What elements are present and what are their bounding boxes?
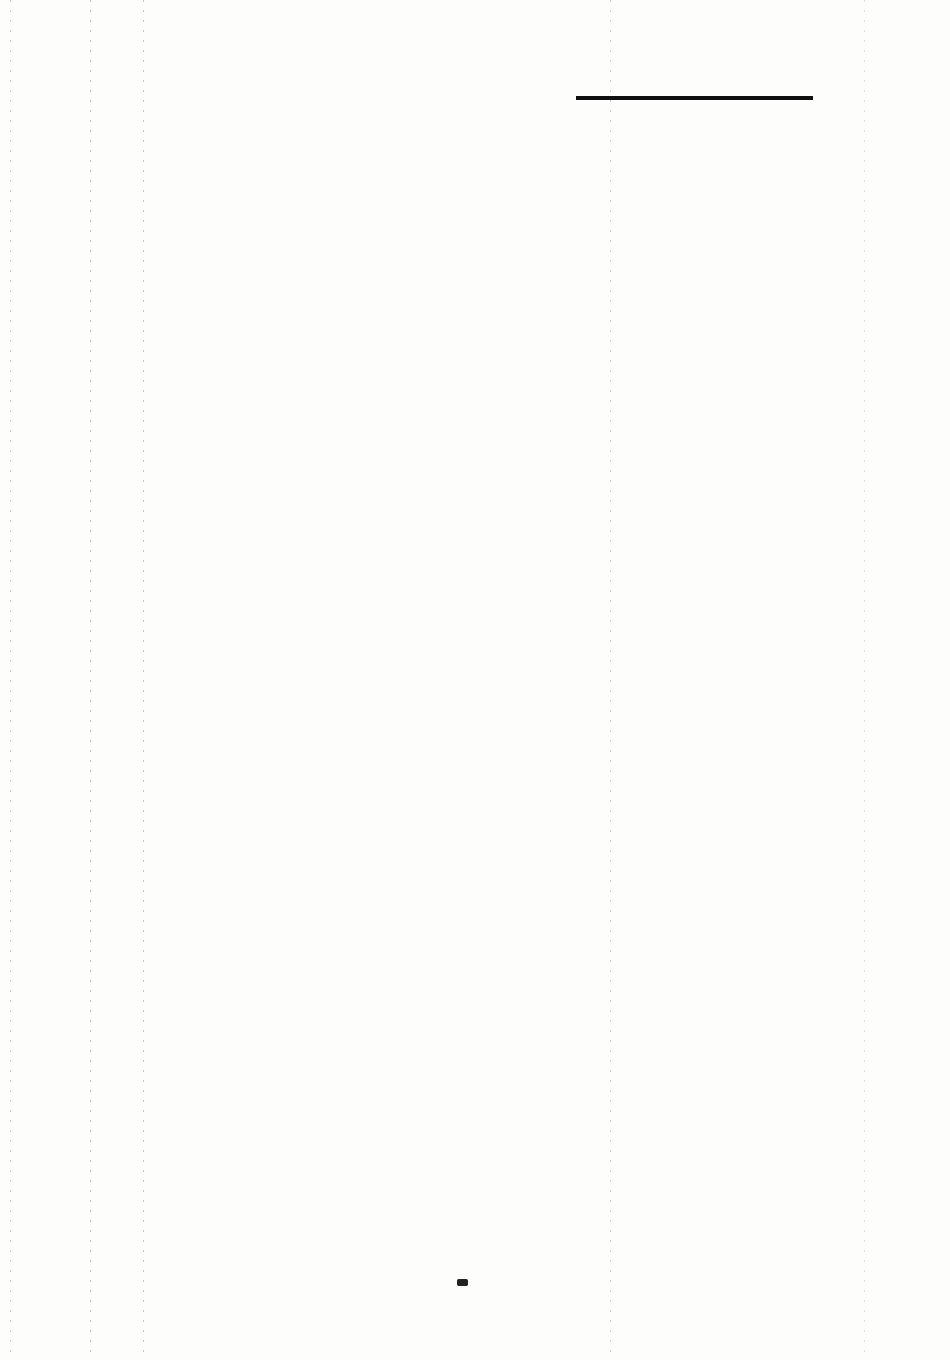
text-block bbox=[0, 0, 950, 100]
scan-artifact-line bbox=[90, 0, 91, 1360]
scan-artifact-line bbox=[610, 0, 611, 1360]
scan-artifact-line bbox=[864, 0, 865, 1360]
footnote-separator bbox=[576, 96, 813, 100]
scan-artifact-line bbox=[10, 0, 11, 1360]
ink-spot-artifact bbox=[457, 1279, 468, 1286]
scan-artifact-line bbox=[143, 0, 144, 1360]
scanned-book-page bbox=[0, 0, 950, 1360]
